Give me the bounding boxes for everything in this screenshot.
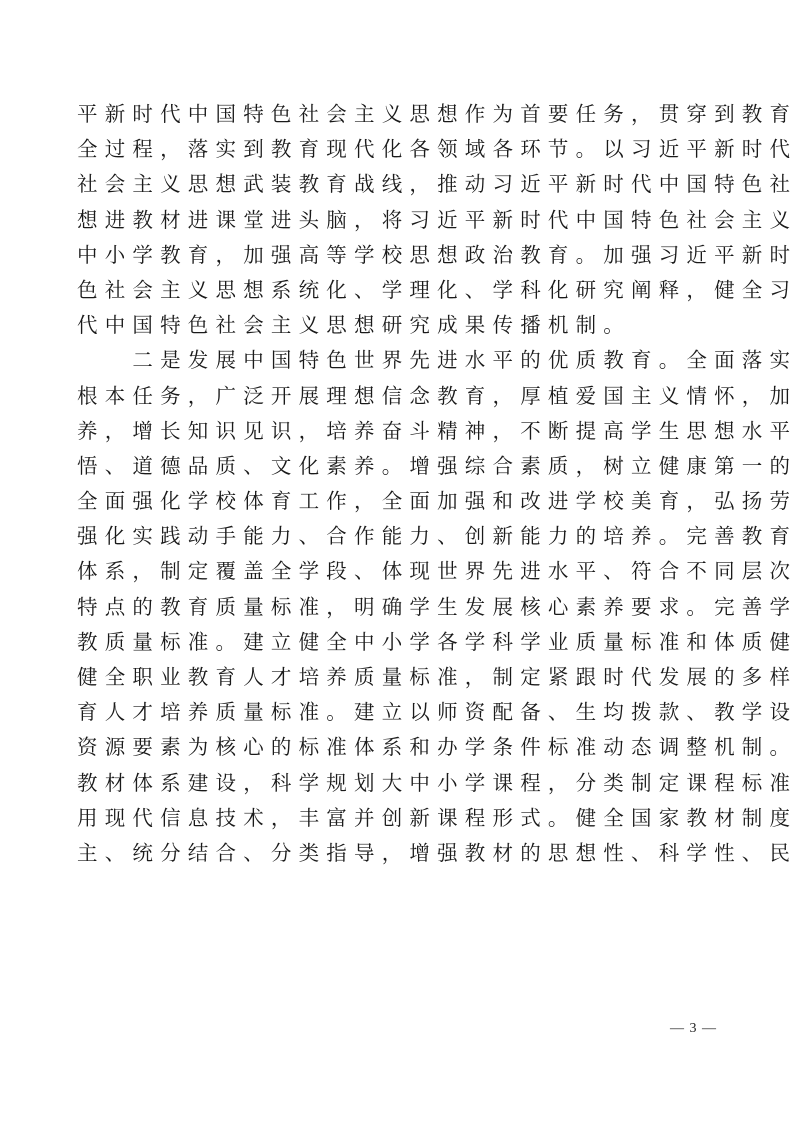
text-line: 用现代信息技术，丰富并创新课程形式。健全国家教材制度，统筹为 — [77, 801, 717, 836]
text-line: 全过程，落实到教育现代化各领域各环节。以习近平新时代中国特色 — [77, 132, 717, 167]
text-line: 育人才培养质量标准。建立以师资配备、生均拨款、教学设施设备等 — [77, 695, 717, 730]
text-line: 悟、道德品质、文化素养。增强综合素质，树立健康第一的教育理念， — [77, 449, 717, 484]
text-line: 养，增长知识见识，培养奋斗精神，不断提高学生思想水平、政治觉 — [77, 414, 717, 449]
body-text: 平新时代中国特色社会主义思想作为首要任务，贯穿到教育改革发展 全过程，落实到教育… — [77, 97, 717, 871]
text-line: 主、统分结合、分类指导，增强教材的思想性、科学性、民族性、时 — [77, 836, 717, 871]
text-line: 社会主义思想武装教育战线，推动习近平新时代中国特色社会主义思 — [77, 167, 717, 202]
document-page: 平新时代中国特色社会主义思想作为首要任务，贯穿到教育改革发展 全过程，落实到教育… — [0, 0, 793, 1122]
text-line: 色社会主义思想系统化、学理化、学科化研究阐释，健全习近平新时 — [77, 273, 717, 308]
text-line: 中小学教育，加强高等学校思想政治教育。加强习近平新时代中国特 — [77, 238, 717, 273]
text-line: 资源要素为核心的标准体系和办学条件标准动态调整机制。加强课程 — [77, 730, 717, 765]
text-line: 想进教材进课堂进头脑，将习近平新时代中国特色社会主义思想融入 — [77, 203, 717, 238]
text-line: 特点的教育质量标准，明确学生发展核心素养要求。完善学前教育保 — [77, 590, 717, 625]
page-number: — 3 — — [670, 1021, 717, 1037]
text-line: 教质量标准。建立健全中小学各学科学业质量标准和体质健康标准。 — [77, 625, 717, 660]
paragraph-start-line: 二是发展中国特色世界先进水平的优质教育。全面落实立德树人 — [77, 343, 717, 378]
text-line: 根本任务，广泛开展理想信念教育，厚植爱国主义情怀，加强品德修 — [77, 379, 717, 414]
text-line: 强化实践动手能力、合作能力、创新能力的培养。完善教育质量标准 — [77, 519, 717, 554]
text-line: 代中国特色社会主义思想研究成果传播机制。 — [77, 308, 717, 343]
text-line: 全面强化学校体育工作，全面加强和改进学校美育，弘扬劳动精神， — [77, 484, 717, 519]
text-line: 体系，制定覆盖全学段、体现世界先进水平、符合不同层次类型教育 — [77, 554, 717, 589]
text-line: 健全职业教育人才培养质量标准，制定紧跟时代发展的多样化高等教 — [77, 660, 717, 695]
text-line: 平新时代中国特色社会主义思想作为首要任务，贯穿到教育改革发展 — [77, 97, 717, 132]
text-line: 教材体系建设，科学规划大中小学课程，分类制定课程标准，充分利 — [77, 766, 717, 801]
